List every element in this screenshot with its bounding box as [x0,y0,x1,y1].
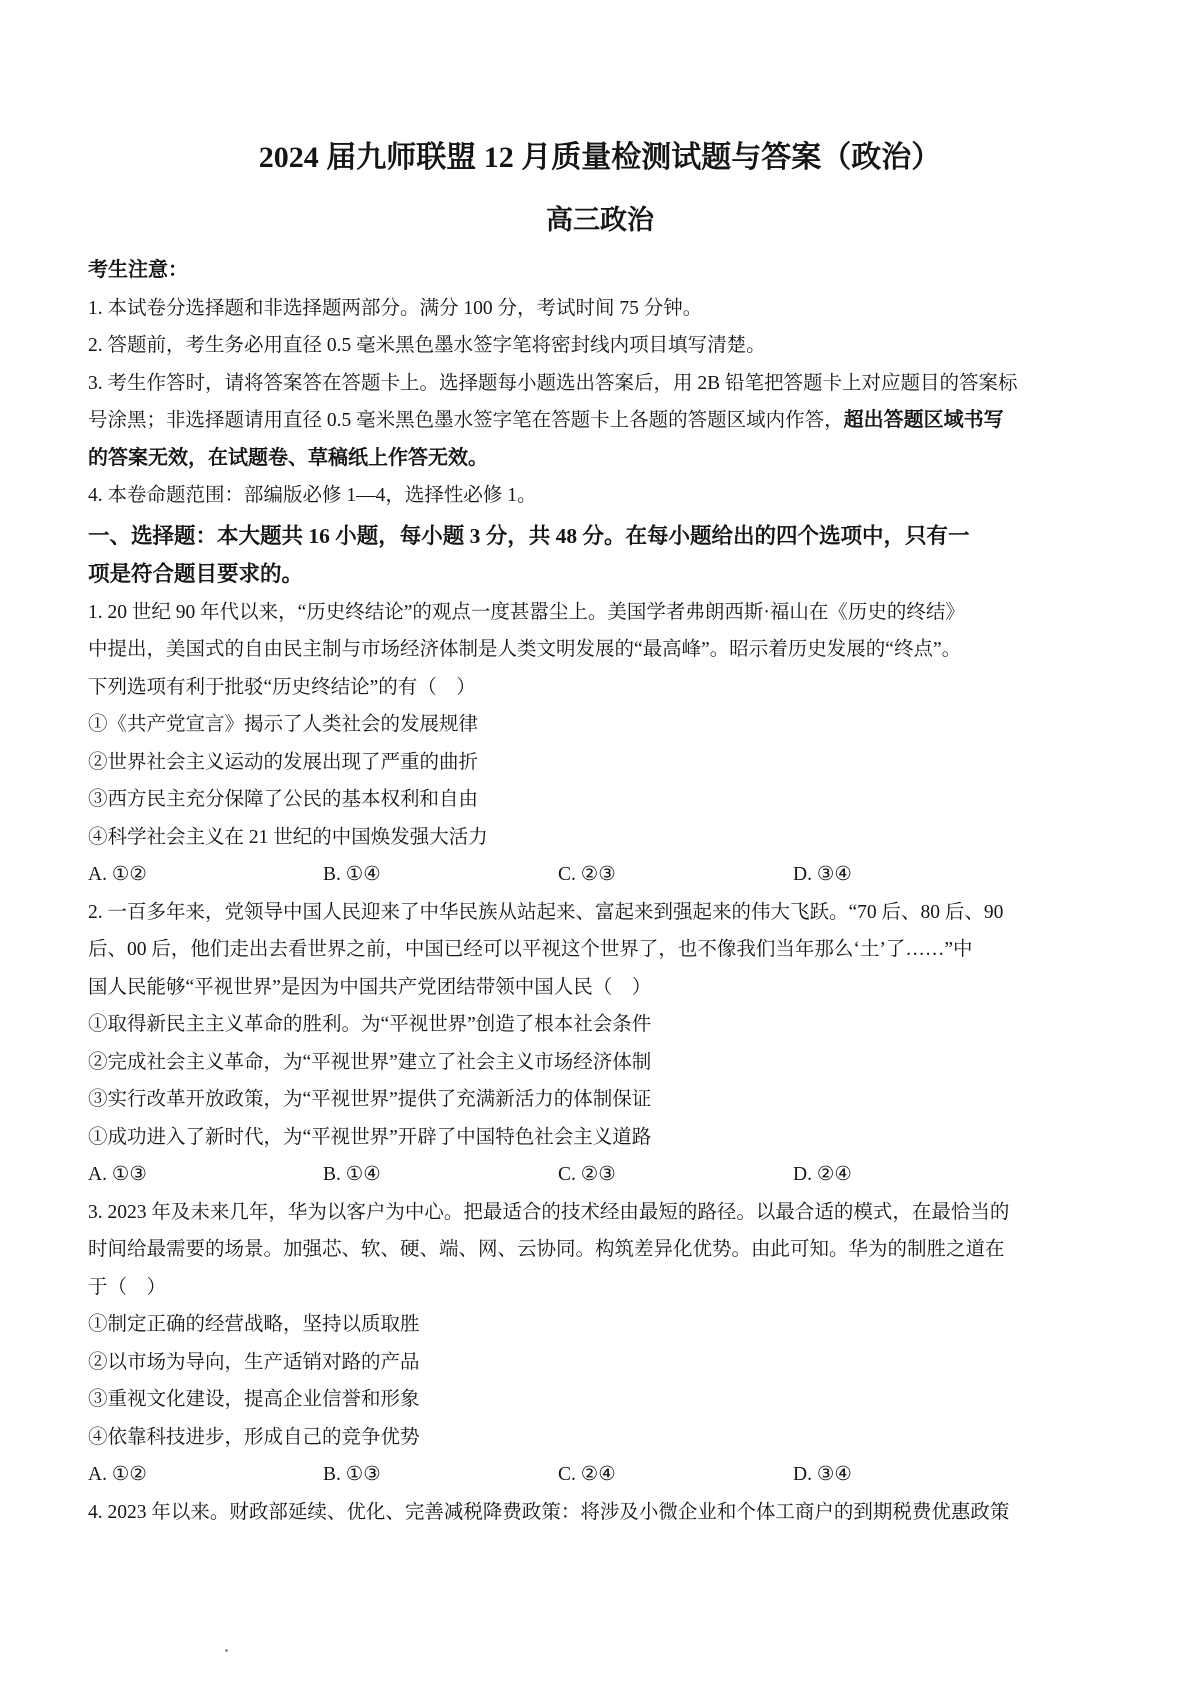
text-line: ②世界社会主义运动的发展出现了严重的曲折 [88,744,1112,782]
text-segment: 项是符合题目要求的。 [88,562,303,586]
text-segment: ②以市场为导向，生产适销对路的产品 [88,1352,420,1373]
text-line: ④依靠科技进步，形成自己的竞争优势 [88,1419,1112,1457]
text-segment: 3. 考生作答时，请将答案答在答题卡上。选择题每小题选出答案后，用 2B 铅笔把… [88,373,1018,394]
text-line: ②完成社会主义革命，为“平视世界”建立了社会主义市场经济体制 [88,1044,1112,1082]
document-subtitle: 高三政治 [88,203,1112,237]
text-line: 1. 20 世纪 90 年代以来，“历史终结论”的观点一度甚嚣尘上。美国学者弗朗… [88,594,1112,632]
text-segment: ①《共产党宣言》揭示了人类社会的发展规律 [88,714,478,735]
question-2-option-c: C. ②③ [558,1156,793,1194]
text-segment: ②世界社会主义运动的发展出现了严重的曲折 [88,752,478,773]
text-line: 于（ ） [88,1269,1112,1307]
question-1-option-a: A. ①② [88,856,323,894]
text-line: ④科学社会主义在 21 世纪的中国焕发强大活力 [88,819,1112,857]
text-line: 4. 2023 年以来。财政部延续、优化、完善减税降费政策：将涉及小微企业和个体… [88,1494,1112,1532]
question-3-stem: 3. 2023 年及未来几年，华为以客户为中心。把最适合的技术经由最短的路径。以… [88,1194,1112,1307]
text-line: 号涂黑；非选择题请用直径 0.5 毫米黑色墨水签字笔在答题卡上各题的答题区域内作… [88,402,1112,440]
text-segment: ④科学社会主义在 21 世纪的中国焕发强大活力 [88,827,488,848]
question-2-options-row: A. ①③ B. ①④ C. ②③ D. ②④ [88,1156,1112,1194]
text-segment: 4. 本卷命题范围：部编版必修 1—4，选择性必修 1。 [88,485,537,506]
question-3-items: ①制定正确的经营战略，坚持以质取胜②以市场为导向，生产适销对路的产品③重视文化建… [88,1306,1112,1456]
text-line: 时间给最需要的场景。加强芯、软、硬、端、网、云协同。构筑差异化优势。由此可知。华… [88,1231,1112,1269]
text-segment: ③重视文化建设，提高企业信誉和形象 [88,1389,420,1410]
text-segment: ④依靠科技进步，形成自己的竞争优势 [88,1427,420,1448]
question-2-option-d: D. ②④ [793,1156,1112,1194]
text-segment: ③实行改革开放政策，为“平视世界”提供了充满新活力的体制保证 [88,1089,651,1110]
question-3-option-d: D. ③④ [793,1456,1112,1494]
section-header: 一、选择题：本大题共 16 小题，每小题 3 分，共 48 分。在每小题给出的四… [88,517,1112,594]
text-line: ①《共产党宣言》揭示了人类社会的发展规律 [88,706,1112,744]
notice-label: 考生注意： [88,252,1112,290]
text-segment: 2. 答题前，考生务必用直径 0.5 毫米黑色墨水签字笔将密封线内项目填写清楚。 [88,335,766,356]
text-segment: 一、选择题：本大题共 16 小题，每小题 3 分，共 48 分。在每小题给出的四… [88,524,970,548]
bold-text-segment: 超出答题区域书写 [844,409,1004,431]
question-4-stem: 4. 2023 年以来。财政部延续、优化、完善减税降费政策：将涉及小微企业和个体… [88,1494,1112,1532]
text-line: 4. 本卷命题范围：部编版必修 1—4，选择性必修 1。 [88,477,1112,515]
notice-lines: 1. 本试卷分选择题和非选择题两部分。满分 100 分，考试时间 75 分钟。2… [88,290,1112,515]
text-line: 国人民能够“平视世界”是因为中国共产党团结带领中国人民（ ） [88,969,1112,1007]
text-line: 3. 2023 年及未来几年，华为以客户为中心。把最适合的技术经由最短的路径。以… [88,1194,1112,1232]
text-segment: ①制定正确的经营战略，坚持以质取胜 [88,1314,420,1335]
text-line: ①制定正确的经营战略，坚持以质取胜 [88,1306,1112,1344]
text-segment: 号涂黑；非选择题请用直径 0.5 毫米黑色墨水签字笔在答题卡上各题的答题区域内作… [88,410,844,431]
question-2-items: ①取得新民主主义革命的胜利。为“平视世界”创造了根本社会条件②完成社会主义革命，… [88,1006,1112,1156]
text-segment: ①取得新民主主义革命的胜利。为“平视世界”创造了根本社会条件 [88,1014,651,1035]
question-2-stem: 2. 一百多年来，党领导中国人民迎来了中华民族从站起来、富起来到强起来的伟大飞跃… [88,894,1112,1007]
question-1-option-b: B. ①④ [323,856,558,894]
text-line: 中提出，美国式的自由民主制与市场经济体制是人类文明发展的“最高峰”。昭示着历史发… [88,631,1112,669]
question-3: 3. 2023 年及未来几年，华为以客户为中心。把最适合的技术经由最短的路径。以… [88,1194,1112,1494]
scan-artifact-dot [225,1649,228,1652]
text-segment: 1. 本试卷分选择题和非选择题两部分。满分 100 分，考试时间 75 分钟。 [88,298,702,319]
text-segment: ①成功进入了新时代，为“平视世界”开辟了中国特色社会主义道路 [88,1127,651,1148]
text-line: ②以市场为导向，生产适销对路的产品 [88,1344,1112,1382]
text-line: ①成功进入了新时代，为“平视世界”开辟了中国特色社会主义道路 [88,1119,1112,1157]
question-1: 1. 20 世纪 90 年代以来，“历史终结论”的观点一度甚嚣尘上。美国学者弗朗… [88,594,1112,894]
text-segment: ②完成社会主义革命，为“平视世界”建立了社会主义市场经济体制 [88,1052,651,1073]
question-1-options-row: A. ①② B. ①④ C. ②③ D. ③④ [88,856,1112,894]
question-2: 2. 一百多年来，党领导中国人民迎来了中华民族从站起来、富起来到强起来的伟大飞跃… [88,894,1112,1194]
text-line: 的答案无效，在试题卷、草稿纸上作答无效。 [88,440,1112,478]
text-line: ③西方民主充分保障了公民的基本权利和自由 [88,781,1112,819]
text-line: 后、00 后，他们走出去看世界之前，中国已经可以平视这个世界了，也不像我们当年那… [88,931,1112,969]
text-segment: 1. 20 世纪 90 年代以来，“历史终结论”的观点一度甚嚣尘上。美国学者弗朗… [88,602,965,623]
text-segment: 后、00 后，他们走出去看世界之前，中国已经可以平视这个世界了，也不像我们当年那… [88,939,973,960]
question-3-option-a: A. ①② [88,1456,323,1494]
question-3-option-c: C. ②④ [558,1456,793,1494]
text-segment: 3. 2023 年及未来几年，华为以客户为中心。把最适合的技术经由最短的路径。以… [88,1202,1009,1223]
text-line: 一、选择题：本大题共 16 小题，每小题 3 分，共 48 分。在每小题给出的四… [88,517,1112,556]
text-segment: 时间给最需要的场景。加强芯、软、硬、端、网、云协同。构筑差异化优势。由此可知。华… [88,1239,1005,1260]
question-1-items: ①《共产党宣言》揭示了人类社会的发展规律②世界社会主义运动的发展出现了严重的曲折… [88,706,1112,856]
text-line: ①取得新民主主义革命的胜利。为“平视世界”创造了根本社会条件 [88,1006,1112,1044]
text-segment: 于（ ） [88,1277,166,1298]
question-1-option-c: C. ②③ [558,856,793,894]
text-segment: 下列选项有利于批驳“历史终结论”的有（ ） [88,677,476,698]
text-line: 2. 答题前，考生务必用直径 0.5 毫米黑色墨水签字笔将密封线内项目填写清楚。 [88,327,1112,365]
question-1-option-d: D. ③④ [793,856,1112,894]
question-3-option-b: B. ①③ [323,1456,558,1494]
question-3-options-row: A. ①② B. ①③ C. ②④ D. ③④ [88,1456,1112,1494]
question-2-option-b: B. ①④ [323,1156,558,1194]
text-line: ③实行改革开放政策，为“平视世界”提供了充满新活力的体制保证 [88,1081,1112,1119]
text-segment: 国人民能够“平视世界”是因为中国共产党团结带领中国人民（ ） [88,977,651,998]
text-line: 项是符合题目要求的。 [88,555,1112,594]
question-4: 4. 2023 年以来。财政部延续、优化、完善减税降费政策：将涉及小微企业和个体… [88,1494,1112,1532]
text-segment: 4. 2023 年以来。财政部延续、优化、完善减税降费政策：将涉及小微企业和个体… [88,1502,1009,1523]
text-segment: 中提出，美国式的自由民主制与市场经济体制是人类文明发展的“最高峰”。昭示着历史发… [88,639,961,660]
text-line: 3. 考生作答时，请将答案答在答题卡上。选择题每小题选出答案后，用 2B 铅笔把… [88,365,1112,403]
text-line: 2. 一百多年来，党领导中国人民迎来了中华民族从站起来、富起来到强起来的伟大飞跃… [88,894,1112,932]
exam-paper-page: 2024 届九师联盟 12 月质量检测试题与答案（政治） 高三政治 考生注意： … [0,0,1200,1698]
question-1-stem: 1. 20 世纪 90 年代以来，“历史终结论”的观点一度甚嚣尘上。美国学者弗朗… [88,594,1112,707]
document-title: 2024 届九师联盟 12 月质量检测试题与答案（政治） [88,140,1112,176]
text-segment: ③西方民主充分保障了公民的基本权利和自由 [88,789,478,810]
text-line: 1. 本试卷分选择题和非选择题两部分。满分 100 分，考试时间 75 分钟。 [88,290,1112,328]
text-line: ③重视文化建设，提高企业信誉和形象 [88,1381,1112,1419]
text-line: 下列选项有利于批驳“历史终结论”的有（ ） [88,669,1112,707]
bold-text-segment: 的答案无效，在试题卷、草稿纸上作答无效。 [88,447,488,469]
text-segment: 2. 一百多年来，党领导中国人民迎来了中华民族从站起来、富起来到强起来的伟大飞跃… [88,902,1003,923]
question-2-option-a: A. ①③ [88,1156,323,1194]
